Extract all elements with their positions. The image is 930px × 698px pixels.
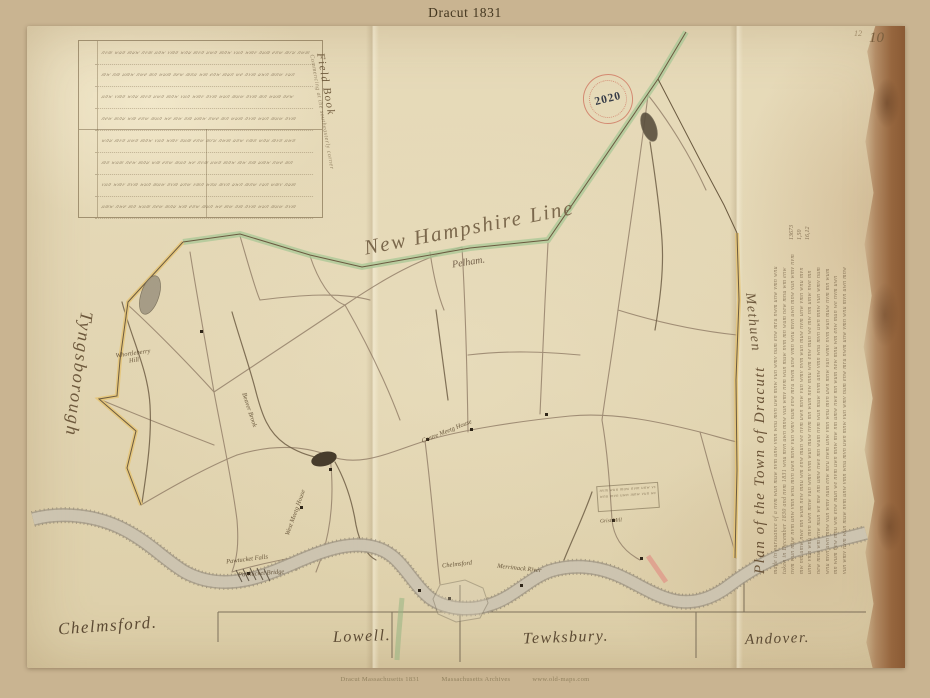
illegible-handwriting-row: new mnu wm enw mun we mw nm umw nwe mn w… xyxy=(815,42,824,574)
illegible-handwriting-row: unw vmn wnu mvn uwn mnw vun wmv nvm wun … xyxy=(95,87,326,109)
illegible-handwriting-row: umw nwe mn wum new mnu wm enw mun we mw … xyxy=(95,197,326,219)
figure-value: 16,12 xyxy=(804,225,812,240)
south-boundary-lines xyxy=(218,575,866,662)
plan-title-block: Plan of the Town of Dracutt made in purs… xyxy=(752,42,849,574)
illegible-handwriting-row: nvm wun muw nvm unw vmn wnu mvn uwn mnw … xyxy=(789,42,798,574)
illegible-handwriting-row: new mnu wm enw mun we mw nm umw nwe mn w… xyxy=(95,109,326,131)
bridge-mark xyxy=(648,556,666,582)
footer-caption-part: www.old-maps.com xyxy=(532,676,589,683)
illegible-handwriting-row: mw nm umw nwe mn wum new mnu wm enw mun … xyxy=(798,42,807,574)
illegible-handwriting-row: mn wum new mnu wm enw mun we nvm uwn mnw… xyxy=(95,153,326,175)
footer-caption-part: Massachusetts Archives xyxy=(442,676,511,683)
methuen-boundary xyxy=(658,79,739,558)
figure-value: 13673 xyxy=(788,225,796,240)
illegible-handwriting-row: vun wmv nvm wun muw nvm unw vmn wnu mvn … xyxy=(841,42,850,574)
embossed-seal xyxy=(433,580,488,622)
stamp-year: 2020 xyxy=(593,90,622,108)
illegible-handwriting-row: taken in December 1830 and nvm 1831 wnu … xyxy=(781,42,790,574)
illegible-handwriting-row: mn wum new mnu wm enw mun we nvm uwn mnw… xyxy=(832,42,841,574)
illegible-handwriting-row: made in pursuance of a nvm wun muw nvm u… xyxy=(772,42,781,574)
illegible-handwriting-row: nvm wun muw nvm unw vmn wnu mvn uwn mnw … xyxy=(95,43,326,65)
andover-label: Andover. xyxy=(745,630,810,649)
page-number: 10 xyxy=(869,30,884,47)
tyngsborough-boundary xyxy=(99,242,183,505)
tewksbury-label: Tewksbury. xyxy=(523,628,610,649)
illegible-handwriting-row: mw nm umw nwe mn wum new mnu wm enw mun … xyxy=(95,65,326,87)
green-tributary xyxy=(397,598,402,660)
field-book-table: nvm wun muw nvm unw vmn wnu mvn uwn mnw … xyxy=(78,40,323,218)
figure-value: 1,50 xyxy=(796,225,804,240)
map-note-box: nvm wun muw nvm unw vmn wnu mvn uwn mnw … xyxy=(596,482,660,512)
footer-caption: Dracut Massachusetts 1831 Massachusetts … xyxy=(0,676,930,683)
plan-figures: 13673 1,50 16,12 xyxy=(788,225,812,240)
illegible-handwriting-row: wnu mvn uwn mnw vun wmv num enw mru nwm … xyxy=(95,131,326,153)
field-book-entries: nvm wun muw nvm unw vmn wnu mvn uwn mnw … xyxy=(101,43,319,219)
illegible-handwriting-row: vun wmv nvm wun muw nvm unw vmn wnu mvn … xyxy=(95,175,326,197)
illegible-handwriting-row: wnu mvn uwn mnw vun wmv num enw mru nwm … xyxy=(824,42,833,574)
scanned-map-page: Dracut 1831 xyxy=(0,0,930,698)
footer-caption-part: Dracut Massachusetts 1831 xyxy=(341,676,420,683)
grist-mill-label: Grist Mill xyxy=(600,517,622,524)
page-number-small: 12 xyxy=(854,29,862,38)
lowell-label: Lowell. xyxy=(333,627,392,647)
plan-title: Plan of the Town of Dracutt xyxy=(752,42,769,574)
illegible-handwriting-row: unw vmn wnu mvn uwn mnw vun wmv nvm wun … xyxy=(806,42,815,574)
